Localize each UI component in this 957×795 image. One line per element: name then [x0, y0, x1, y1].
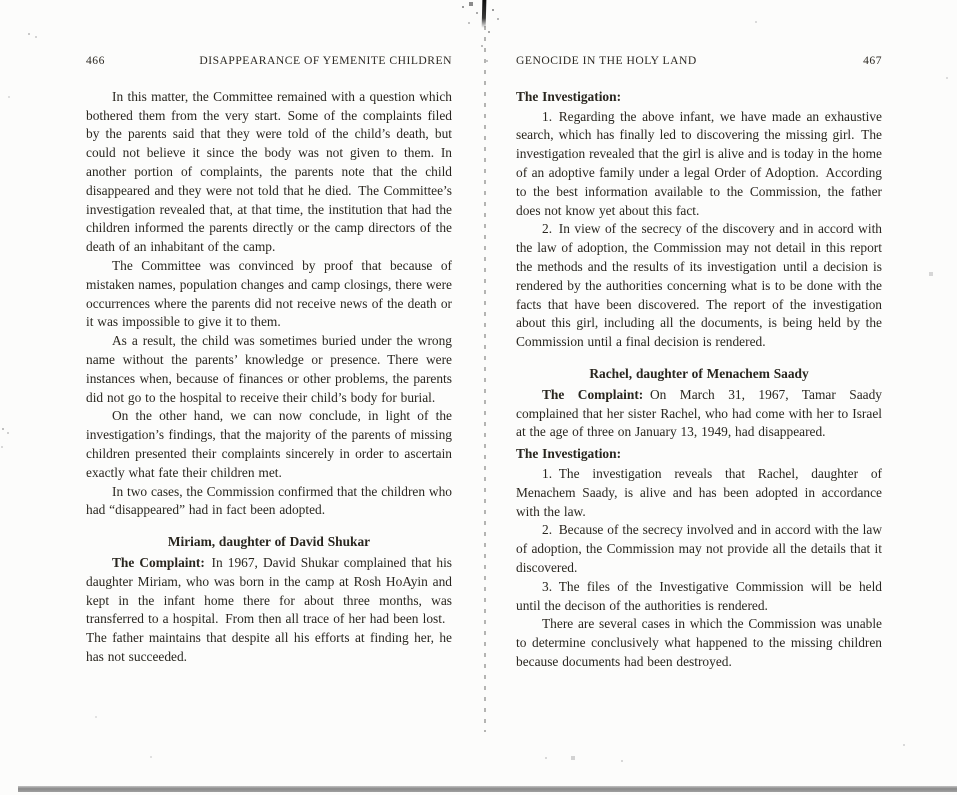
right-page-number: 467 [863, 52, 882, 71]
investigation-heading: The Investigation: [516, 445, 882, 464]
paragraph: On the other hand, we can now conclude, … [86, 407, 452, 482]
paragraph: In two cases, the Commission confirmed t… [86, 483, 452, 521]
investigation-item: 1. Regarding the above infant, we have m… [516, 108, 882, 221]
section-heading-rachel: Rachel, daughter of Menachem Saady [516, 365, 882, 384]
investigation-heading: The Investigation: [516, 88, 882, 107]
paragraph: As a result, the child was sometimes bur… [86, 332, 452, 407]
complaint-lead: The Complaint: [542, 387, 643, 402]
right-running-title: GENOCIDE IN THE HOLY LAND [516, 52, 697, 71]
paragraph: In this matter, the Committee remained w… [86, 88, 452, 257]
scanned-book-spread: 466 DISAPPEARANCE OF YEMENITE CHILDREN I… [0, 0, 957, 795]
investigation-item: 3. The files of the Investigative Commis… [516, 578, 882, 616]
gutter-ink-blot-artifact [482, 0, 487, 28]
left-running-title: DISAPPEARANCE OF YEMENITE CHILDREN [199, 52, 452, 71]
section-heading-miriam: Miriam, daughter of David Shukar [86, 533, 452, 552]
scanner-edge-bar [18, 786, 957, 792]
gutter-fold-line [484, 26, 486, 732]
left-page-header: 466 DISAPPEARANCE OF YEMENITE CHILDREN [86, 52, 452, 71]
complaint-lead: The Complaint: [112, 555, 205, 570]
complaint-text: In 1967, David Shukar complained that hi… [86, 555, 452, 664]
right-page: GENOCIDE IN THE HOLY LAND 467 The Invest… [516, 52, 882, 672]
complaint-paragraph: The Complaint: On March 31, 1967, Tamar … [516, 386, 882, 442]
complaint-paragraph: The Complaint: In 1967, David Shukar com… [86, 554, 452, 667]
left-page: 466 DISAPPEARANCE OF YEMENITE CHILDREN I… [86, 52, 452, 667]
paragraph: The Committee was convinced by proof tha… [86, 257, 452, 332]
investigation-item: 2. In view of the secrecy of the discove… [516, 220, 882, 352]
investigation-item: 1. The investigation reveals that Rachel… [516, 465, 882, 521]
scan-speckle-noise [0, 0, 2, 2]
right-page-header: GENOCIDE IN THE HOLY LAND 467 [516, 52, 882, 71]
investigation-item: 2. Because of the secrecy involved and i… [516, 521, 882, 577]
left-page-number: 466 [86, 52, 105, 71]
closing-paragraph: There are several cases in which the Com… [516, 615, 882, 671]
